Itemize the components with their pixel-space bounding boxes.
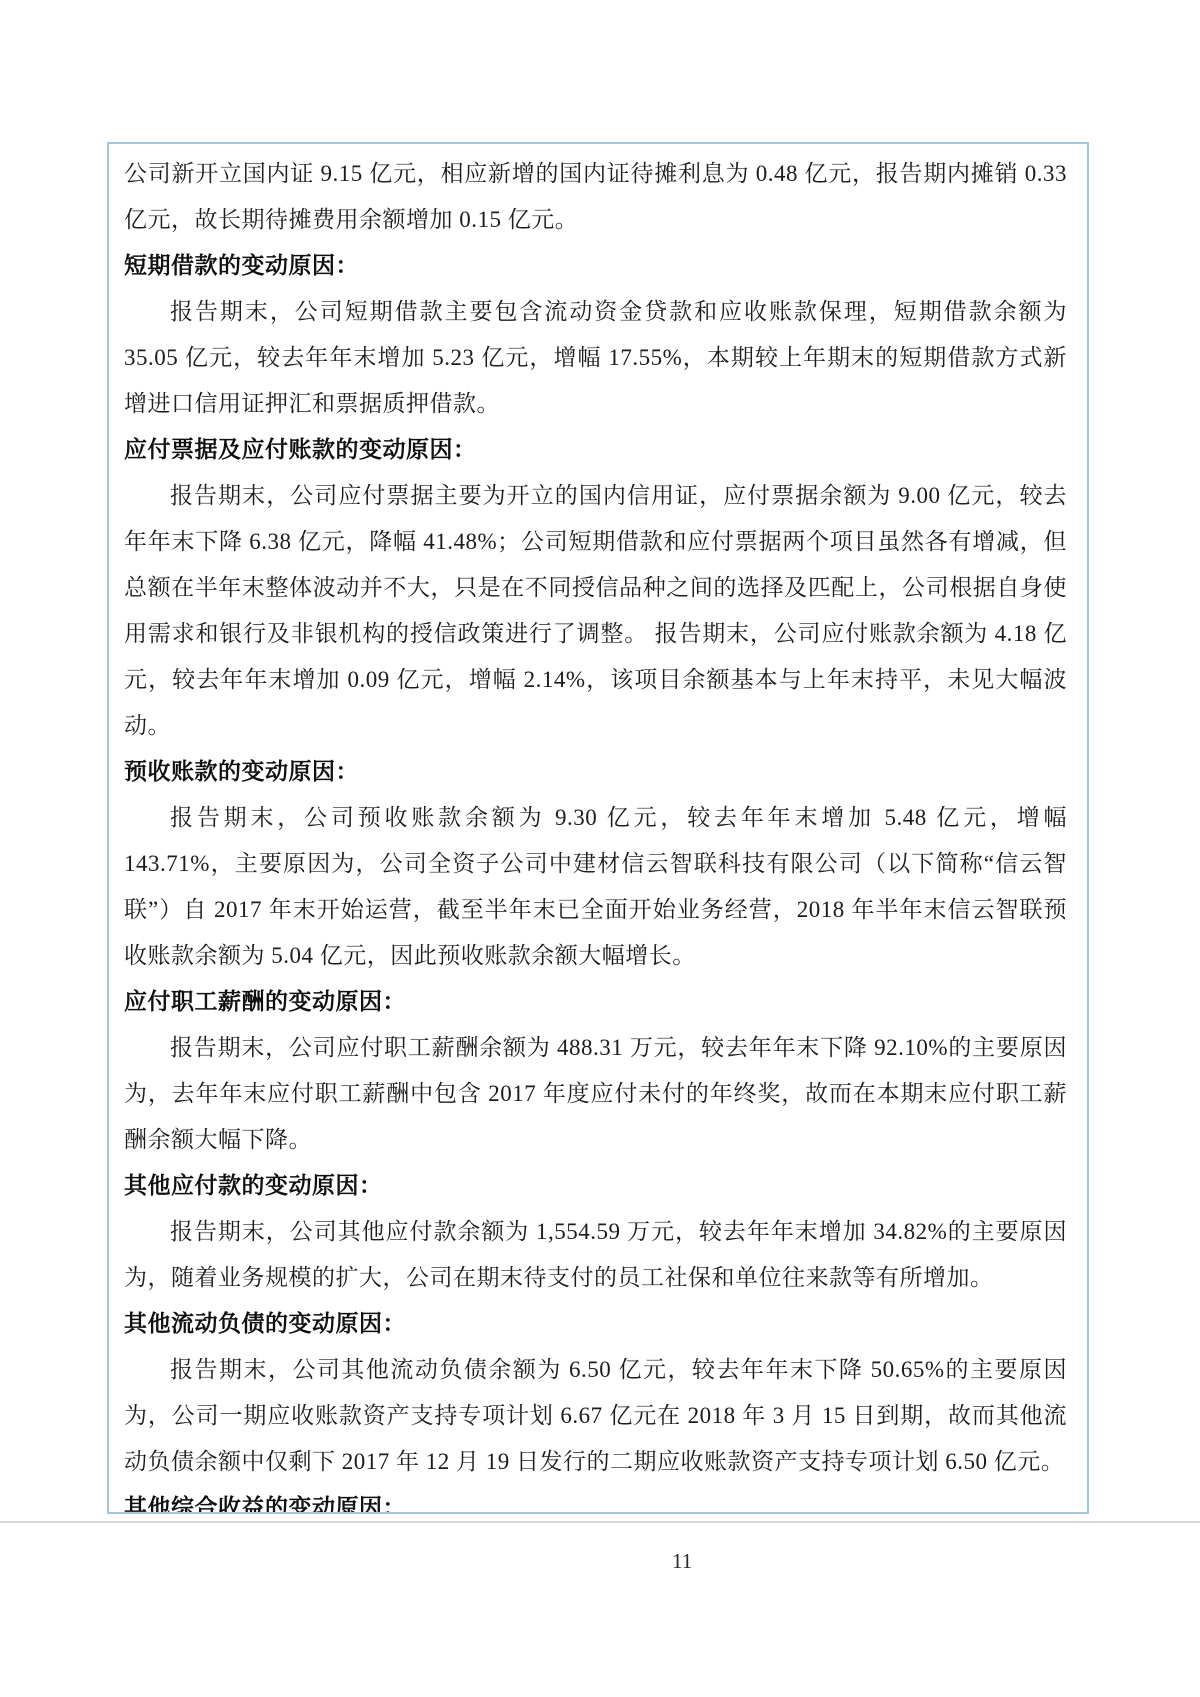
section-heading: 其他综合收益的变动原因： bbox=[124, 1485, 1067, 1514]
paragraph: 报告期末，公司预收账款余额为 9.30 亿元，较去年年末增加 5.48 亿元，增… bbox=[124, 795, 1067, 979]
paragraph: 报告期末，公司应付票据主要为开立的国内信用证，应付票据余额为 9.00 亿元，较… bbox=[124, 473, 1067, 749]
paragraph: 报告期末，公司其他应付款余额为 1,554.59 万元，较去年年末增加 34.8… bbox=[124, 1209, 1067, 1301]
paragraph: 报告期末，公司短期借款主要包含流动资金贷款和应收账款保理，短期借款余额为 35.… bbox=[124, 289, 1067, 427]
paragraph: 公司新开立国内证 9.15 亿元，相应新增的国内证待摊利息为 0.48 亿元，报… bbox=[124, 151, 1067, 243]
section-heading: 其他应付款的变动原因： bbox=[124, 1163, 1067, 1209]
paragraph: 报告期末，公司应付职工薪酬余额为 488.31 万元，较去年年末下降 92.10… bbox=[124, 1025, 1067, 1163]
page-number: 11 bbox=[672, 1549, 692, 1574]
section-heading: 应付票据及应付账款的变动原因： bbox=[124, 427, 1067, 473]
section-heading: 其他流动负债的变动原因： bbox=[124, 1301, 1067, 1347]
paragraph: 报告期末，公司其他流动负债余额为 6.50 亿元，较去年年末下降 50.65%的… bbox=[124, 1347, 1067, 1485]
section-heading: 预收账款的变动原因： bbox=[124, 749, 1067, 795]
section-heading: 短期借款的变动原因： bbox=[124, 243, 1067, 289]
scan-edge-line bbox=[0, 1521, 1200, 1523]
bordered-text-frame: 公司新开立国内证 9.15 亿元，相应新增的国内证待摊利息为 0.48 亿元，报… bbox=[107, 142, 1089, 1514]
section-heading: 应付职工薪酬的变动原因： bbox=[124, 979, 1067, 1025]
